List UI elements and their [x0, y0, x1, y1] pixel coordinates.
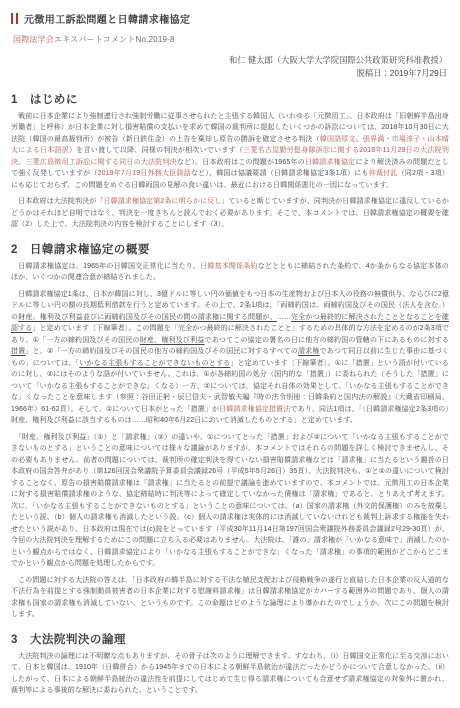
- text-segment: 請求権: [298, 348, 320, 355]
- byline: 和仁 健太郎（大阪大学大学院国際公共政策研究科准教授） 脱稿日：2019年7月2…: [11, 54, 447, 81]
- text-segment: エキスパートコメントNo.2019-8: [54, 35, 175, 44]
- series-line: 国際法学会エキスパートコメントNo.2019-8: [13, 34, 449, 45]
- paragraph: 日韓請求権協定は、1965年の日韓国交正常化に当たり、日韓基本関係条約などととも…: [11, 261, 449, 284]
- paragraph: 「財産、権利及び利益」（①）と「請求権」（②）の違いや、①についてとった「措置」…: [11, 432, 449, 570]
- text-segment: 「財産、権利及び利益」（①）と「請求権」（②）の違いや、①についてとった「措置」…: [11, 434, 449, 568]
- text-segment: ……: [277, 314, 291, 321]
- text-segment: 」と、②「一方の締約国及びその国民の他方の締約国及びその国民に対するすべての: [25, 348, 298, 355]
- text-segment: 措置: [11, 348, 25, 355]
- text-segment: など）、韓国は協議要請（日韓請求権協定3条1項）にも: [191, 170, 369, 177]
- text-segment: この問題に対する大法院の答えは、「日本政府の韓半島に対する不法な植民支配および侵…: [11, 577, 449, 619]
- inline-link[interactable]: 日韓請求権協定: [305, 159, 355, 166]
- section-heading-3: 3 大法院判決の論理: [11, 631, 449, 647]
- inline-link[interactable]: 仲裁付託: [369, 170, 398, 177]
- paragraph: 日韓請求権協定1条は、日本が韓国に対し、3億ドルに等しい円の価値をもつ日本の生産…: [11, 289, 449, 427]
- section-heading-2: 2 日韓請求権協定の概要: [11, 241, 449, 257]
- text-segment: ）を言い渡して以降、同様の判決が相次いでいます（: [69, 147, 243, 154]
- paragraph: この問題に対する大法院の答えは、「日本政府の韓半島に対する不法な植民支配および侵…: [11, 575, 449, 621]
- inline-link[interactable]: 国際法学会: [13, 35, 54, 44]
- section-heading-1: 1 はじめに: [11, 91, 449, 107]
- title-row: 元徴用工訴訟問題と日韓請求権協定: [11, 11, 449, 26]
- text-segment: 財産、権利及び利益: [140, 337, 205, 344]
- text-segment: 日本政府は大法院判決が「: [11, 198, 104, 205]
- paragraph: 戦前に日本企業により強制連行され強制労働に従事させられたと主張する韓国人（いわゆ…: [11, 111, 449, 192]
- text-segment: 大法院判決の論理には不明瞭な点もありますが、その骨子は次のように理解できます。す…: [11, 653, 449, 695]
- text-segment: 日韓請求権協定は、1965年の日韓国交正常化に当たり、: [11, 263, 200, 270]
- inline-link[interactable]: 日韓基本関係条約: [200, 263, 258, 270]
- inline-link[interactable]: 韓国語原文: [320, 136, 356, 143]
- inline-link[interactable]: 日韓請求権協定第2条に明らかに反し: [104, 198, 222, 205]
- text-segment: 、: [356, 136, 363, 143]
- text-segment: であつてこの協定の署名の日に他方の締約国の管轄の下にあるものに対する: [205, 337, 449, 344]
- title-accent-bars-icon: [11, 13, 18, 24]
- paragraph: 日本政府は大法院判決が「日韓請求権協定第2条に明らかに反し」ていると断じています…: [11, 196, 449, 231]
- inline-link[interactable]: 三菱広島徴用工訴訟に関する同日の大法院判決: [25, 159, 176, 166]
- inline-link[interactable]: 2019年7月19日外務大臣談話: [98, 170, 191, 177]
- text-segment: いかなる主張もすることができないものとする: [79, 360, 230, 367]
- document-body: 1 はじめに 戦前に日本企業により強制連行され強制労働に従事させられたと主張する…: [11, 91, 449, 697]
- document-header: 元徴用工訴訟問題と日韓請求権協定 国際法学会エキスパートコメントNo.2019-…: [11, 11, 449, 81]
- document: 元徴用工訴訟問題と日韓請求権協定 国際法学会エキスパートコメントNo.2019-…: [0, 0, 460, 708]
- page-title: 元徴用工訴訟問題と日韓請求権協定: [24, 11, 190, 26]
- inline-link[interactable]: 日韓請求権協定措置法: [219, 406, 290, 413]
- text-segment: など）。日本政府はこの問題が1965年の: [177, 159, 305, 166]
- paragraph: 大法院判決の論理には不明瞭な点もありますが、その骨子は次のように理解できます。す…: [11, 651, 449, 697]
- date: 脱稿日：2019年7月29日: [11, 67, 447, 80]
- author: 和仁 健太郎（大阪大学大学院国際公共政策研究科准教授）: [11, 54, 447, 67]
- text-segment: 財産、権利及び利益並びに両締約国及びその国民の間の請求権に関する問題が、: [18, 314, 277, 321]
